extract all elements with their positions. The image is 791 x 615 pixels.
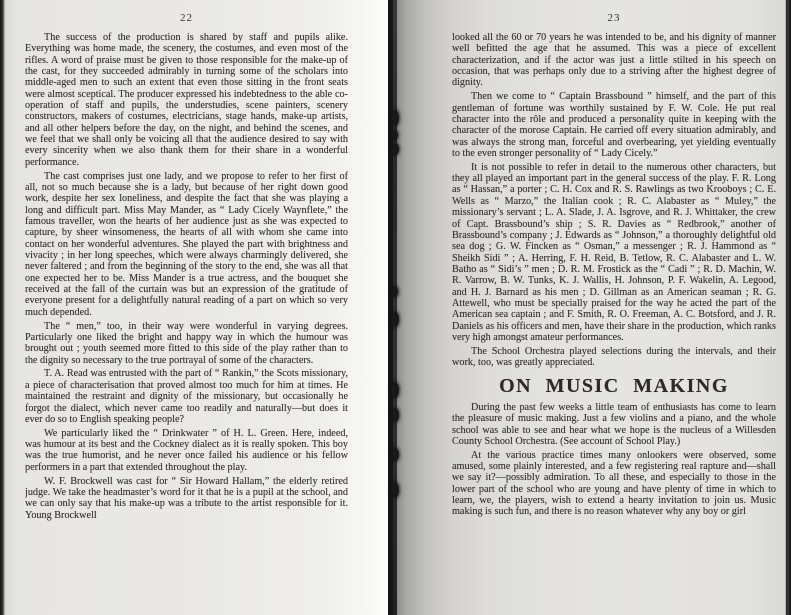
paragraph: The “ men,” too, in their way were wonde… [25,321,348,366]
paragraph: W. F. Brockwell was cast for “ Sir Howar… [25,476,348,521]
paragraph: The School Orchestra played selections d… [452,346,776,369]
scan-edge-left [0,0,5,615]
section-heading-on-music-making: ON MUSIC MAKING [452,381,776,392]
spine-stitch-mark [392,286,398,297]
book-spine-gutter [393,0,397,615]
paragraph: looked all the 60 or 70 years he was int… [452,32,776,89]
paragraph: At the various practice times many onloo… [452,450,776,518]
left-page-text: The success of the production is shared … [25,32,348,610]
paragraph: During the past few weeks a little team … [452,402,776,447]
right-page-text: looked all the 60 or 70 years he was int… [452,32,776,610]
paragraph: It is not possible to refer in detail to… [452,162,776,344]
paragraph: We particularly liked the “ Drinkwater ”… [25,428,348,473]
spine-stitch-mark [392,448,399,461]
spine-stitch-mark [392,130,398,140]
play-review-continuation: looked all the 60 or 70 years he was int… [452,32,776,368]
book-scan: 22 23 The success of the production is s… [0,0,791,615]
page-number-right: 23 [452,12,776,24]
paragraph: T. A. Read was entrusted with the part o… [25,368,348,425]
paragraph: The cast comprises just one lady, and we… [25,171,348,318]
spine-stitch-mark [391,382,399,398]
spine-stitch-mark [392,110,399,126]
spine-stitch-mark [392,312,399,327]
paragraph: Then we come to “ Captain Brassbound ” h… [452,91,776,159]
page-number-left: 22 [25,12,348,24]
spine-stitch-mark [392,143,399,155]
spine-stitch-mark [392,408,399,422]
music-making-article: During the past few weeks a little team … [452,402,776,518]
paragraph: The success of the production is shared … [25,32,348,168]
scan-edge-right [785,0,791,615]
spine-stitch-mark [391,482,399,498]
